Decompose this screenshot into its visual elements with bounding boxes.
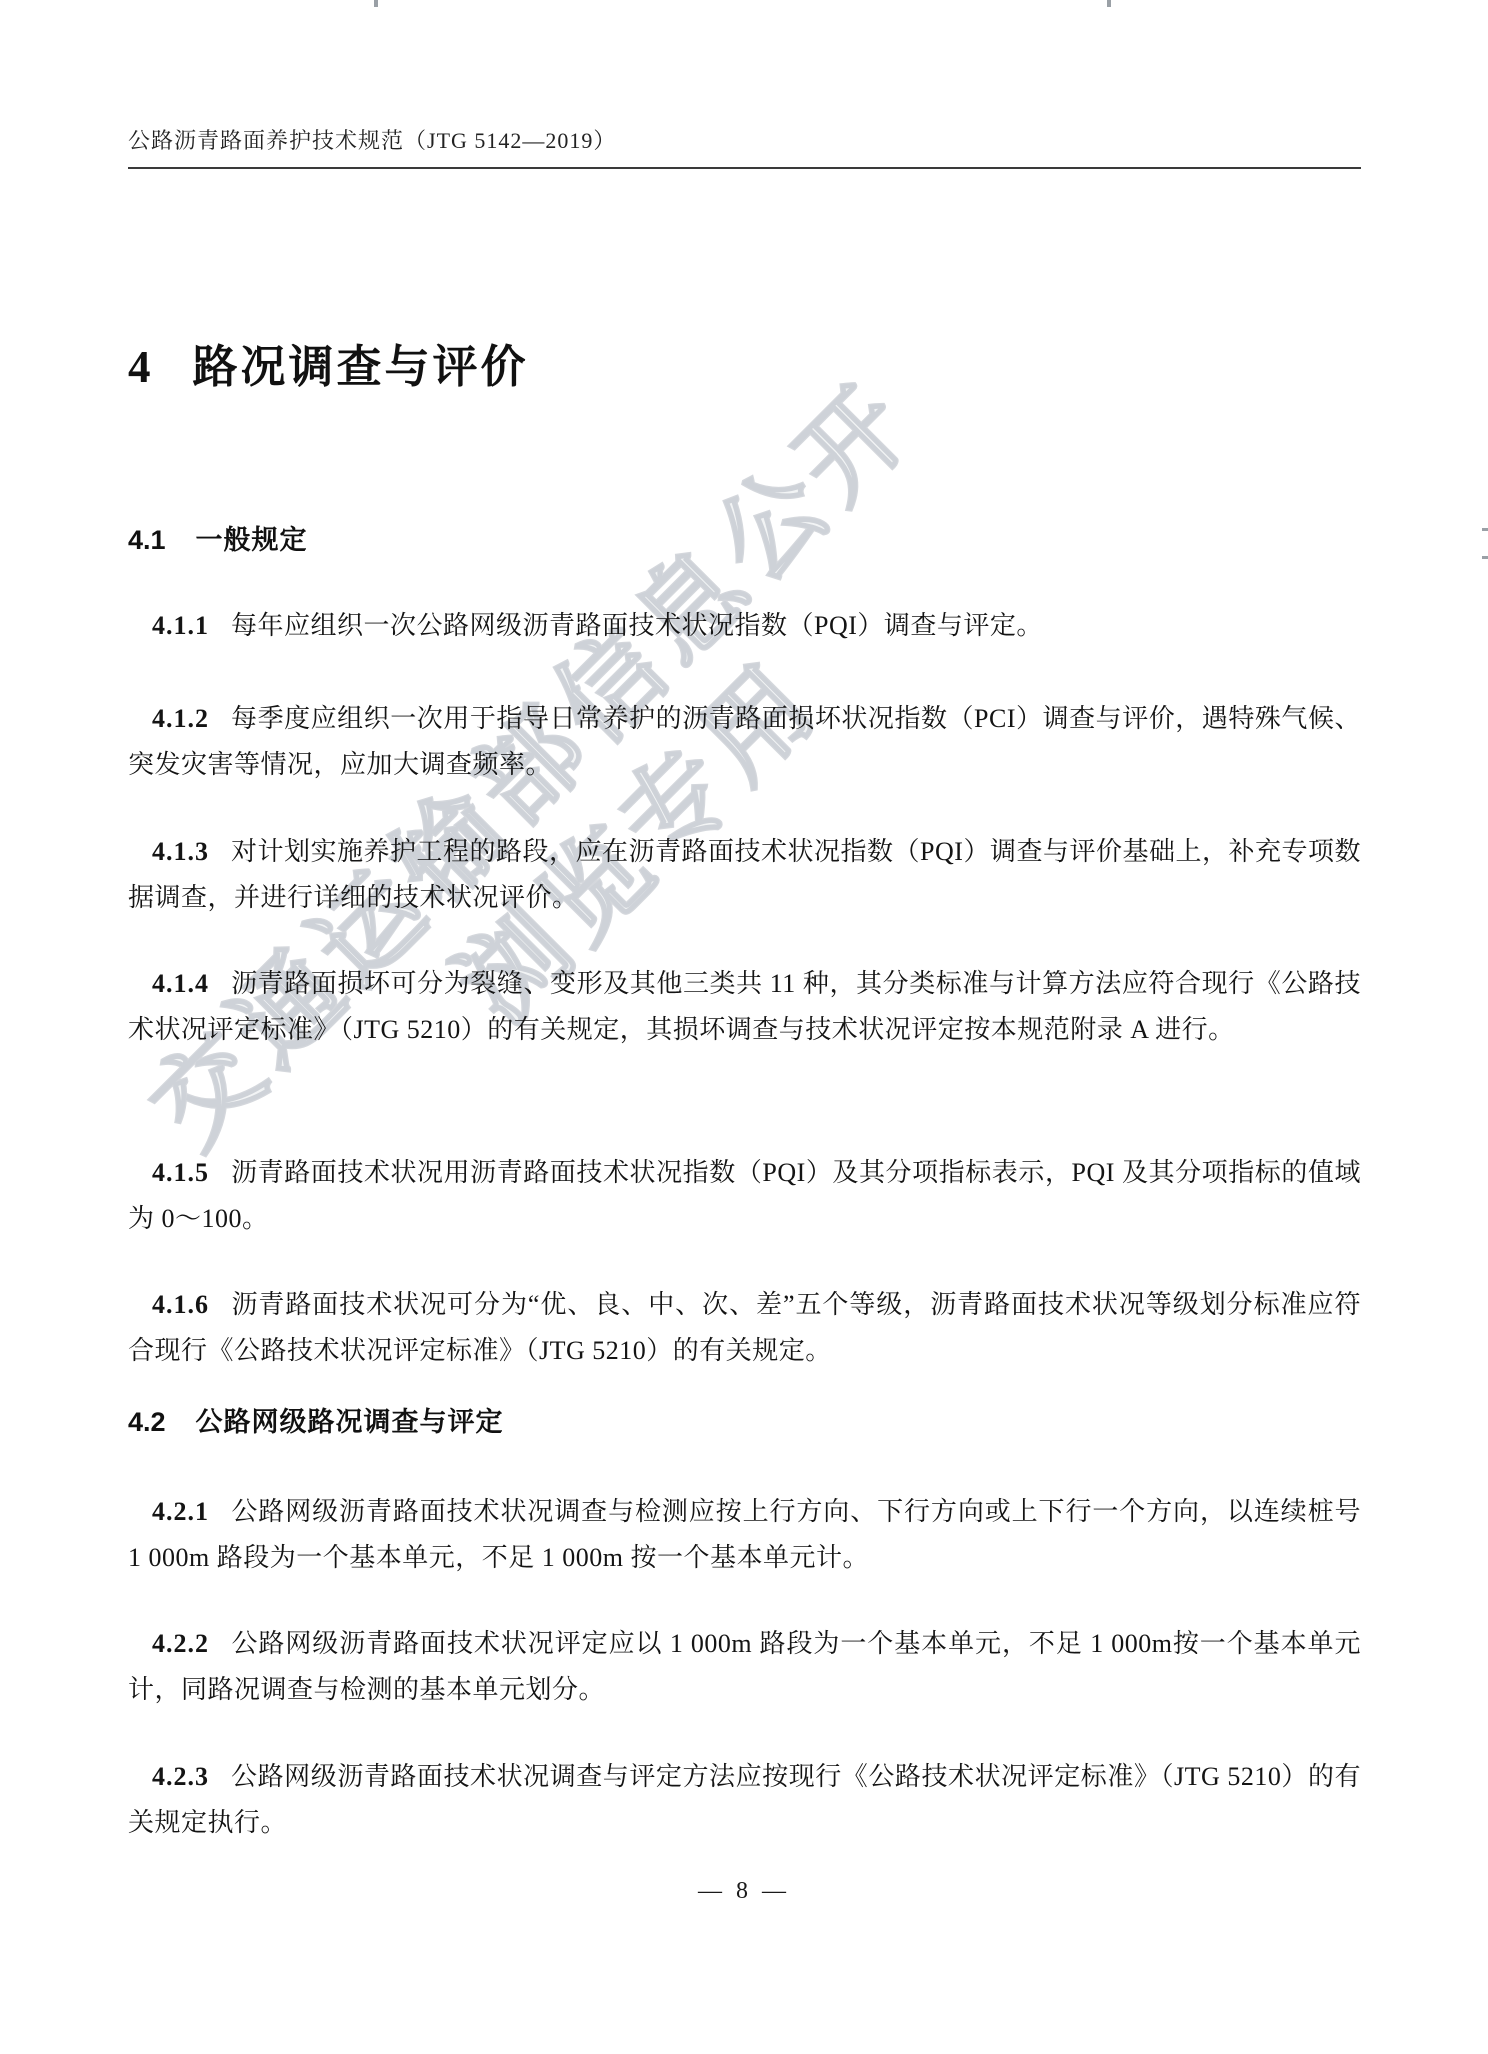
section-number: 4.1 bbox=[128, 525, 166, 555]
chapter-heading: 4路况调查与评价 bbox=[128, 330, 529, 395]
clause-number: 4.1.6 bbox=[152, 1290, 231, 1319]
clause-text: 每年应组织一次公路网级沥青路面技术状况指数（PQI）调查与评定。 bbox=[231, 611, 1043, 640]
registration-mark bbox=[374, 0, 378, 7]
clause-number: 4.2.3 bbox=[152, 1762, 231, 1791]
clause-4-1-1: 4.1.1每年应组织一次公路网级沥青路面技术状况指数（PQI）调查与评定。 bbox=[128, 603, 1361, 649]
clause-4-2-1: 4.2.1公路网级沥青路面技术状况调查与检测应按上行方向、下行方向或上下行一个方… bbox=[128, 1489, 1361, 1581]
clause-4-1-6: 4.1.6沥青路面技术状况可分为“优、良、中、次、差”五个等级，沥青路面技术状况… bbox=[128, 1282, 1361, 1374]
section-heading-4-2: 4.2公路网级路况调查与评定 bbox=[128, 1400, 1361, 1439]
clause-number: 4.1.4 bbox=[152, 969, 231, 998]
clause-text: 对计划实施养护工程的路段，应在沥青路面技术状况指数（PQI）调查与评价基础上，补… bbox=[128, 837, 1361, 912]
clause-number: 4.1.3 bbox=[152, 837, 231, 866]
clause-text: 公路网级沥青路面技术状况评定应以 1 000m 路段为一个基本单元，不足 1 0… bbox=[128, 1629, 1361, 1704]
clause-number: 4.1.5 bbox=[152, 1158, 231, 1187]
registration-mark bbox=[1482, 528, 1488, 531]
clause-4-1-4: 4.1.4沥青路面损坏可分为裂缝、变形及其他三类共 11 种，其分类标准与计算方… bbox=[128, 961, 1361, 1053]
registration-mark bbox=[1482, 556, 1488, 559]
clause-number: 4.2.2 bbox=[152, 1629, 231, 1658]
header-rule bbox=[128, 167, 1361, 169]
page-number: — 8 — bbox=[0, 1878, 1488, 1905]
clause-text: 沥青路面损坏可分为裂缝、变形及其他三类共 11 种，其分类标准与计算方法应符合现… bbox=[128, 969, 1361, 1044]
registration-mark bbox=[1107, 0, 1111, 7]
section-title: 一般规定 bbox=[196, 525, 308, 555]
section-title: 公路网级路况调查与评定 bbox=[196, 1407, 504, 1437]
clause-text: 每季度应组织一次用于指导日常养护的沥青路面损坏状况指数（PCI）调查与评价，遇特… bbox=[128, 704, 1361, 779]
clause-text: 沥青路面技术状况用沥青路面技术状况指数（PQI）及其分项指标表示，PQI 及其分… bbox=[128, 1158, 1361, 1233]
chapter-title-text: 路况调查与评价 bbox=[193, 342, 529, 392]
running-header: 公路沥青路面养护技术规范（JTG 5142—2019） bbox=[128, 124, 616, 155]
clause-number: 4.2.1 bbox=[152, 1497, 231, 1526]
clause-4-2-3: 4.2.3公路网级沥青路面技术状况调查与评定方法应按现行《公路技术状况评定标准》… bbox=[128, 1754, 1361, 1846]
clause-text: 沥青路面技术状况可分为“优、良、中、次、差”五个等级，沥青路面技术状况等级划分标… bbox=[128, 1290, 1361, 1365]
clause-text: 公路网级沥青路面技术状况调查与评定方法应按现行《公路技术状况评定标准》（JTG … bbox=[128, 1762, 1361, 1837]
clause-4-1-5: 4.1.5沥青路面技术状况用沥青路面技术状况指数（PQI）及其分项指标表示，PQ… bbox=[128, 1150, 1361, 1242]
clause-text: 公路网级沥青路面技术状况调查与检测应按上行方向、下行方向或上下行一个方向，以连续… bbox=[128, 1497, 1361, 1572]
clause-4-1-2: 4.1.2每季度应组织一次用于指导日常养护的沥青路面损坏状况指数（PCI）调查与… bbox=[128, 696, 1361, 788]
section-heading-4-1: 4.1一般规定 bbox=[128, 518, 1361, 557]
section-number: 4.2 bbox=[128, 1407, 166, 1437]
clause-4-1-3: 4.1.3对计划实施养护工程的路段，应在沥青路面技术状况指数（PQI）调查与评价… bbox=[128, 829, 1361, 921]
chapter-number: 4 bbox=[128, 342, 151, 392]
document-page: 交通运输部信息公开 浏览专用 公路沥青路面养护技术规范（JTG 5142—201… bbox=[0, 0, 1488, 2054]
clause-4-2-2: 4.2.2公路网级沥青路面技术状况评定应以 1 000m 路段为一个基本单元，不… bbox=[128, 1621, 1361, 1713]
clause-number: 4.1.2 bbox=[152, 704, 231, 733]
clause-number: 4.1.1 bbox=[152, 611, 231, 640]
